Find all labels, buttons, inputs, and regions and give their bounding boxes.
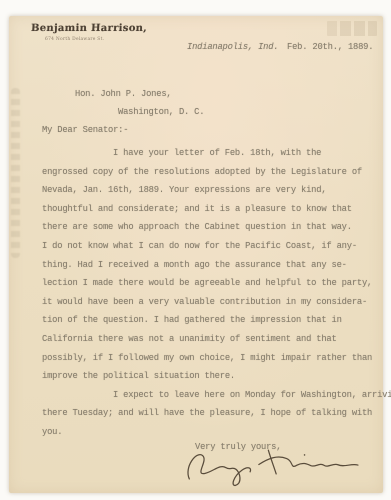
body-line: there Tuesday; and will have the pleasur… [42, 404, 374, 423]
body-line: Nevada, Jan. 16th, 1889. Your expression… [42, 181, 374, 200]
body-line: lection I made there would be agreeable … [42, 274, 374, 293]
salutation: My Dear Senator:- [42, 125, 128, 135]
body-line: California there was not a unanimity of … [42, 330, 374, 349]
recipient-name: Hon. John P. Jones, [75, 89, 172, 99]
body-line: tion of the question. I had gathered the… [42, 311, 374, 330]
body-line: there are some who approach the Cabinet … [42, 218, 374, 237]
letterhead-address: 674 North Delaware St. [45, 36, 104, 41]
body-line: improve the political situation there. [42, 367, 374, 386]
dateline-date: Feb. 20th., 1889. [287, 42, 373, 52]
letter-body: I have your letter of Feb. 18th, with th… [42, 144, 374, 442]
body-line: engrossed copy of the resolutions adopte… [42, 163, 374, 182]
letter-paper: Benjamin Harrison, 674 North Delaware St… [9, 16, 383, 493]
recipient-city: Washington, D. C. [118, 107, 204, 117]
body-line: thoughtful and considerate; and it is a … [42, 200, 374, 219]
letterhead-name: Benjamin Harrison, [31, 23, 148, 34]
left-margin-pencil-marks [11, 88, 20, 258]
signature-benj-harrison [180, 437, 367, 500]
body-line: possibly, if I followed my own choice, I… [42, 349, 374, 368]
body-line: I expect to leave here on Monday for Was… [42, 386, 374, 405]
body-line: I do not know what I can do now for the … [42, 237, 374, 256]
body-line: thing. Had I received a month ago the as… [42, 256, 374, 275]
corner-watermark-stamp-icon [327, 21, 377, 36]
signature-ink-icon [180, 437, 367, 495]
dateline-place: Indianapolis, Ind. [187, 42, 278, 52]
body-line: I have your letter of Feb. 18th, with th… [42, 144, 374, 163]
body-line: it would have been a very valuable contr… [42, 293, 374, 312]
